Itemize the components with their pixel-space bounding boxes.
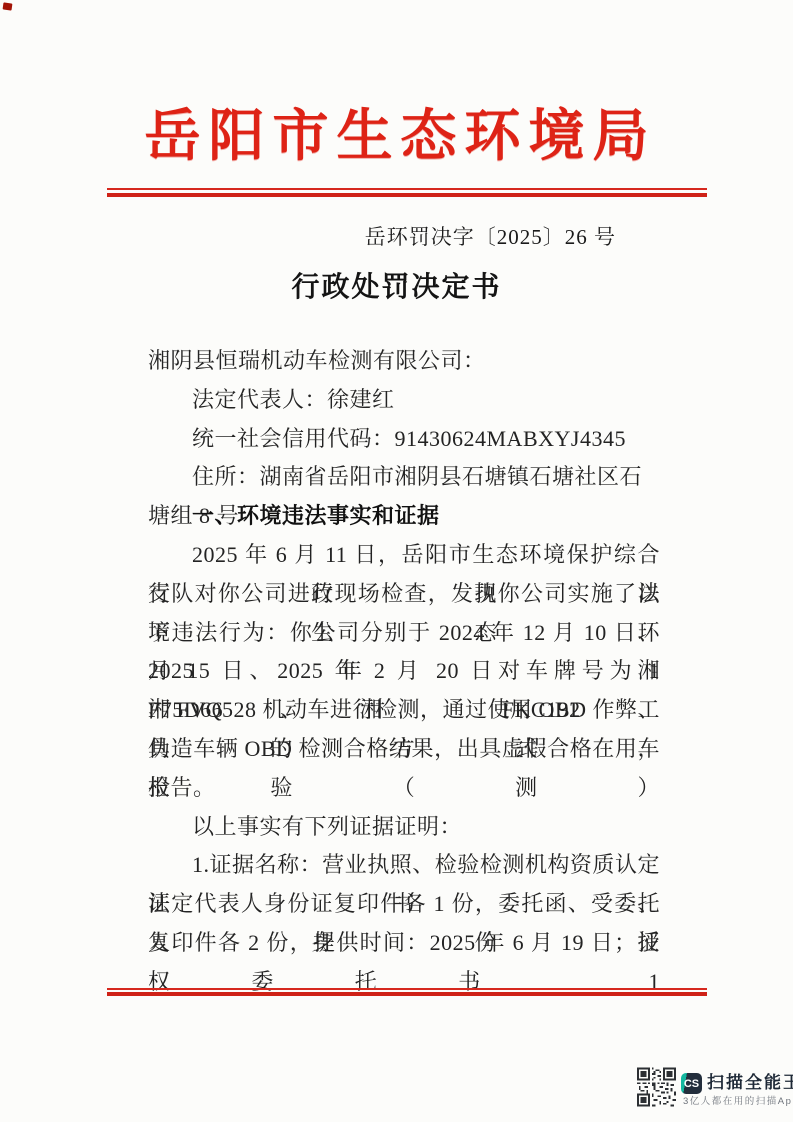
body-line-address: 住所：湖南省岳阳市湘阴县石塘镇石塘社区石塘组 8 号	[148, 458, 660, 497]
camscanner-logo-icon: CS	[681, 1073, 702, 1094]
document-number: 岳环罚决字〔2025〕26 号	[0, 222, 793, 252]
scan-artifact-mark	[3, 2, 13, 10]
letterhead-org-name: 岳阳市生态环境局	[0, 98, 793, 176]
body-line: 2025 年 6 月 11 日，岳阳市生态环境保护综合行政执法	[148, 536, 660, 575]
body-line-legal-rep: 法定代表人：徐建红	[148, 381, 660, 420]
body-line-evidence-item: 1.证据名称：营业执照、检验检测机构资质认定证书、	[148, 846, 660, 885]
body-line: 境违法行为：你公司分别于 2024 年 12 月 10 日、2025 年 1	[148, 614, 660, 653]
body-line: 法定代表人身份证复印件各 1 份，委托函、受委托人身份证	[148, 885, 660, 924]
camscanner-app-name: 扫描全能王	[707, 1070, 793, 1096]
body-line: 伪造车辆 OBD 检测合格结果，出具虚假合格在用车检验（测）	[148, 730, 660, 769]
scanned-document-page: 岳阳市生态环境局 岳环罚决字〔2025〕26 号 行政处罚决定书 湘阴县恒瑞机动…	[0, 0, 793, 1122]
body-line: 支队对你公司进行现场检查，发现你公司实施了以下生态环	[148, 575, 660, 614]
letterhead-divider-line	[107, 188, 707, 197]
body-line: 复印件各 2 份，提供时间：2025 年 6 月 19 日；授权委托书 1	[148, 924, 660, 963]
footer-divider-line	[107, 988, 707, 996]
qr-code-icon	[637, 1067, 676, 1107]
document-title: 行政处罚决定书	[0, 270, 793, 306]
body-line: 湘 FVQ528 机动车进行检测，通过使用 OBD 作弊工具的方式，	[148, 691, 660, 730]
body-line-credit-code: 统一社会信用代码：91430624MABXYJ4345	[148, 420, 660, 459]
body-line: 月 15 日、2025 年 2 月 20 日对车牌号为湘 F75D66、湘 FK…	[148, 652, 660, 691]
body-line-addressee: 湘阴县恒瑞机动车检测有限公司：	[148, 342, 660, 381]
camscanner-logo-text: CS	[684, 1078, 699, 1090]
document-body: 湘阴县恒瑞机动车检测有限公司： 法定代表人：徐建红 统一社会信用代码：91430…	[148, 342, 660, 963]
section-heading-facts: 一、环境违法事实和证据	[148, 497, 660, 536]
camscanner-tagline: 3亿人都在用的扫描App	[683, 1095, 793, 1108]
body-line-evidence-intro: 以上事实有下列证据证明：	[148, 808, 660, 847]
